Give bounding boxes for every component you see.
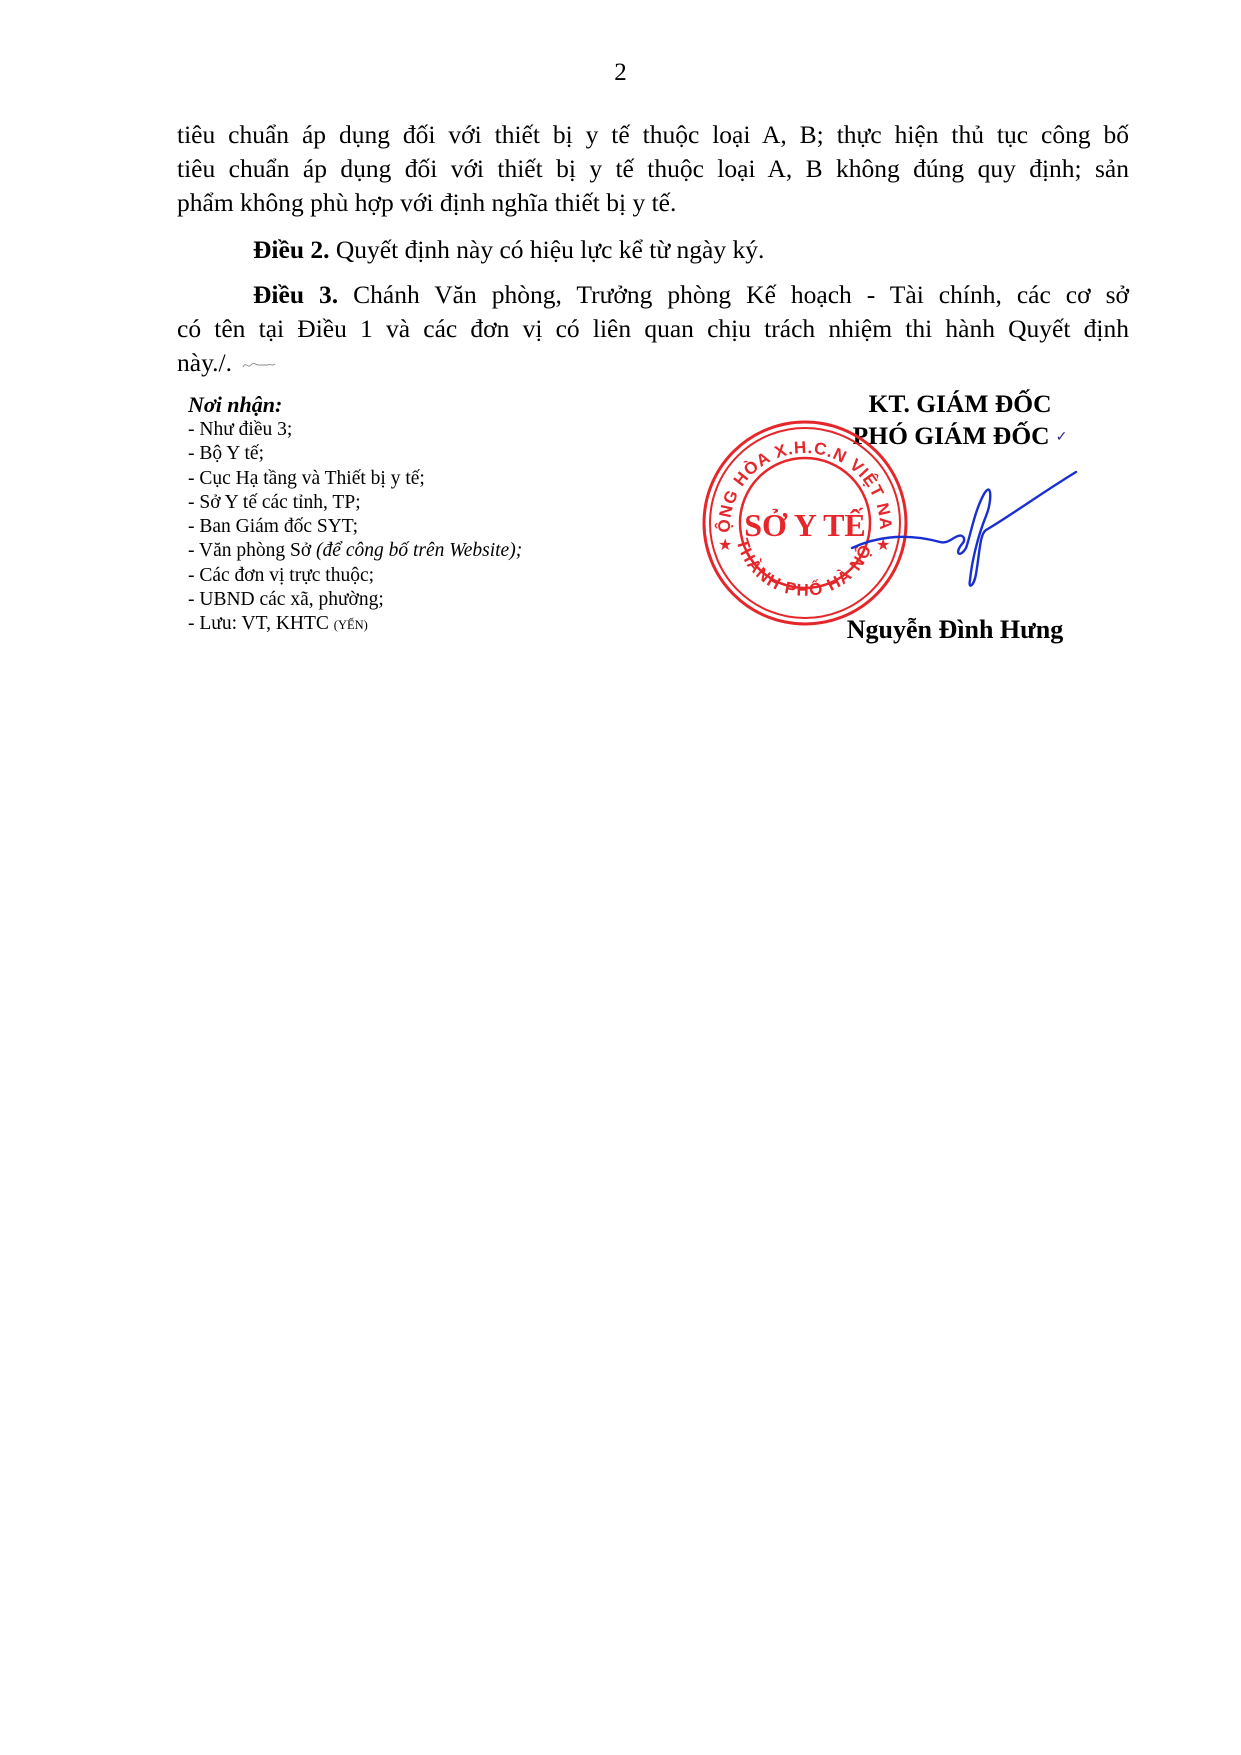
signer-title-line-1: KT. GIÁM ĐỐC: [800, 388, 1120, 420]
recipient-item: - Văn phòng Sở (để công bố trên Website)…: [188, 539, 628, 563]
paragraph-line: phẩm không phù hợp với định nghĩa thiết …: [177, 186, 1129, 220]
recipient-item: - Cục Hạ tầng và Thiết bị y tế;: [188, 467, 628, 491]
recipient-text: - Như điều 3;: [188, 419, 292, 440]
page-number: 2: [0, 58, 1241, 88]
recipient-text: - Sở Y tế các tỉnh, TP;: [188, 492, 361, 513]
recipient-text: - Cục Hạ tầng và Thiết bị y tế;: [188, 468, 425, 489]
article-2-text: Quyết định này có hiệu lực kể từ ngày ký…: [330, 235, 765, 264]
star-icon: ★: [718, 537, 732, 554]
recipient-item: - Bộ Y tế;: [188, 442, 628, 466]
recipient-note-italic: (để công bố trên Website);: [316, 540, 522, 561]
recipient-text: - Các đơn vị trực thuộc;: [188, 565, 374, 586]
article-2: Điều 2. Quyết định này có hiệu lực kể từ…: [177, 233, 1129, 267]
article-2-heading: Điều 2.: [253, 235, 330, 264]
article-3: Điều 3. Chánh Văn phòng, Trưởng phòng Kế…: [177, 278, 1129, 380]
recipients-list: Nơi nhận: - Như điều 3;- Bộ Y tế;- Cục H…: [188, 392, 628, 638]
check-mark-icon: ✓: [1056, 430, 1068, 445]
recipient-item: - Lưu: VT, KHTC (YẾN): [188, 612, 628, 637]
recipient-text: - Văn phòng Sở: [188, 540, 316, 561]
signer-name: Nguyễn Đình Hưng: [830, 614, 1080, 646]
article-3-line: này./.: [177, 348, 232, 377]
recipient-text: - UBND các xã, phường;: [188, 589, 384, 610]
recipient-item: - Sở Y tế các tỉnh, TP;: [188, 491, 628, 515]
paragraph-line: tiêu chuẩn áp dụng đối với thiết bị y tế…: [177, 152, 1129, 186]
initials-mark-icon: [242, 359, 276, 371]
recipient-item: - UBND các xã, phường;: [188, 588, 628, 612]
recipient-item: - Các đơn vị trực thuộc;: [188, 564, 628, 588]
article-3-heading: Điều 3.: [253, 280, 338, 309]
article-3-text: Chánh Văn phòng, Trưởng phòng Kế hoạch -…: [338, 280, 1129, 309]
paragraph-line: tiêu chuẩn áp dụng đối với thiết bị y tế…: [177, 118, 1129, 152]
recipient-item: - Ban Giám đốc SYT;: [188, 515, 628, 539]
recipient-text: - Lưu: VT, KHTC: [188, 613, 334, 634]
recipient-initials-note: (YẾN): [334, 618, 368, 632]
recipient-text: - Ban Giám đốc SYT;: [188, 516, 358, 537]
recipients-title: Nơi nhận:: [188, 392, 628, 418]
article-3-line: có tên tại Điều 1 và các đơn vị có liên …: [177, 312, 1129, 346]
paragraph-continuation: tiêu chuẩn áp dụng đối với thiết bị y tế…: [177, 118, 1129, 220]
recipient-text: - Bộ Y tế;: [188, 443, 264, 464]
handwritten-signature: [840, 450, 1080, 590]
recipient-item: - Như điều 3;: [188, 418, 628, 442]
